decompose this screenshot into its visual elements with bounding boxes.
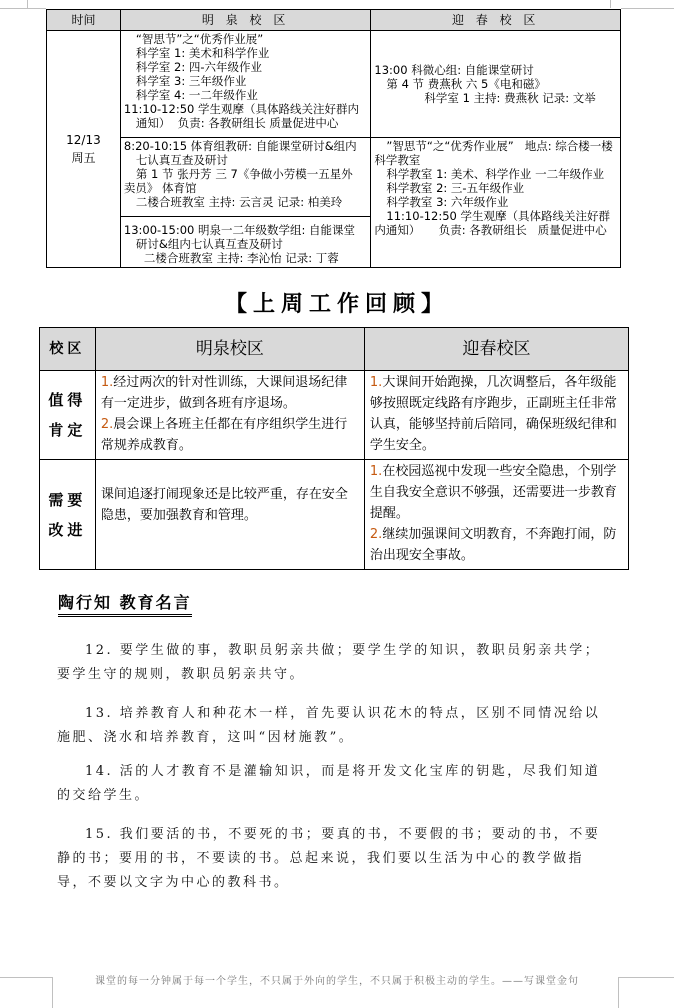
mingquan-event-2: 8:20-10:15 体育组教研: 自能课堂研讨&组内 七认真互查及研讨 第 1…: [120, 138, 371, 217]
event-line: 科学室 2: 四-六年级作业: [124, 60, 368, 74]
event-line: 第 1 节 张丹芳 三 7《争做小劳模一五星外: [124, 167, 368, 181]
yingchun-event-2: ”智思节“之“优秀作业展” 地点: 综合楼一楼科学教室 科学教室 1: 美术、科…: [371, 138, 621, 268]
mingquan-event-1: “智思节”之“优秀作业展” 科学室 1: 美术和科学作业 科学室 2: 四-六年…: [120, 31, 371, 138]
event-line: 科学室 1 主持: 费燕秋 记录: 文举: [374, 91, 617, 105]
review-item: 课间追逐打闹现象还是比较严重，存在安全隐患，要加强教育和管理。: [101, 484, 359, 526]
event-line: 8:20-10:15 体育组教研: 自能课堂研讨&组内: [124, 139, 368, 153]
quote-item: 13. 培养教育人和种花木一样，首先要认识花木的特点，区别不同情况给以施肥、浇水…: [57, 702, 612, 750]
review-row-positive: 值得 肯定 1.经过两次的针对性训练，大课间退场纪律有一定进步，做到各班有序退场…: [40, 371, 629, 460]
section-title: 【上周工作回顾】: [0, 287, 674, 318]
header-mingquan: 明 泉 校 区: [120, 10, 371, 31]
event-line: 科学教室 3: 六年级作业: [374, 195, 617, 209]
schedule-row: 8:20-10:15 体育组教研: 自能课堂研讨&组内 七认真互查及研讨 第 1…: [47, 138, 621, 217]
quotes-heading: 陶行知 教育名言: [58, 590, 192, 617]
page-footer: 课堂的每一分钟属于每一个学生，不只属于外向的学生，不只属于积极主动的学生。——写…: [0, 972, 674, 987]
event-line: 二楼合班教室 主持: 李沁怡 记录: 丁蓉: [124, 251, 368, 265]
quote-item: 12. 要学生做的事，教职员躬亲共做；要学生学的知识，教职员躬亲共学；要学生守的…: [57, 639, 612, 687]
schedule-header-row: 时间 明 泉 校 区 迎 春 校 区: [47, 10, 621, 31]
header-mingquan: 明泉校区: [95, 328, 364, 371]
quote-item: 14. 活的人才教育不是灌输知识，而是将开发文化宝库的钥匙，尽我们知道的交给学生…: [57, 760, 612, 808]
row-label: 需要 改进: [40, 460, 96, 570]
review-item: 1.经过两次的针对性训练，大课间退场纪律有一定进步，做到各班有序退场。: [101, 372, 359, 414]
review-item: 2.继续加强课间文明教育，不奔跑打闹，防治出现安全事故。: [370, 524, 623, 566]
review-item: 1.在校园巡视中发现一些安全隐患，个别学生自我安全意识不够强，还需要进一步教育提…: [370, 461, 623, 524]
review-item: 2.晨会课上各班主任都在有序组织学生进行常规养成教育。: [101, 414, 359, 456]
date: 12/13: [47, 131, 120, 149]
event-line: 科学室 3: 三年级作业: [124, 74, 368, 88]
event-line: 科学室 1: 美术和科学作业: [124, 46, 368, 60]
event-line: 11:10-12:50 学生观摩（具体路线关注好群内: [124, 102, 368, 116]
event-line: 研讨&组内七认真互查及研讨: [124, 237, 368, 251]
row-label: 值得 肯定: [40, 371, 96, 460]
header-yingchun: 迎春校区: [364, 328, 628, 371]
event-line: ”智思节“之“优秀作业展” 地点: 综合楼一楼科学教室: [374, 139, 617, 167]
schedule-row: 12/13 周五 “智思节”之“优秀作业展” 科学室 1: 美术和科学作业 科学…: [47, 31, 621, 138]
event-line: 13:00 科微心组: 自能课堂研讨: [374, 63, 617, 77]
header-yingchun: 迎 春 校 区: [371, 10, 621, 31]
event-line: 11:10-12:50 学生观摩（具体路线关注好群内通知） 负责: 各教研组长 …: [374, 209, 617, 237]
event-line: 七认真互查及研讨: [124, 153, 368, 167]
review-item: 1.大课间开始跑操，几次调整后，各年级能够按照既定线路有序跑步，正副班主任非常认…: [370, 372, 623, 456]
header-time: 时间: [47, 10, 121, 31]
crop-mark: [27, 0, 28, 8]
quote-item: 15. 我们要活的书，不要死的书；要真的书，不要假的书；要动的书，不要静的书；要…: [57, 823, 612, 895]
review-header-row: 校区 明泉校区 迎春校区: [40, 328, 629, 371]
event-line: “智思节”之“优秀作业展”: [124, 32, 368, 46]
yingchun-review: 1.大课间开始跑操，几次调整后，各年级能够按照既定线路有序跑步，正副班主任非常认…: [364, 371, 628, 460]
weekday: 周五: [47, 149, 120, 167]
yingchun-review: 1.在校园巡视中发现一些安全隐患，个别学生自我安全意识不够强，还需要进一步教育提…: [364, 460, 628, 570]
event-line: 科学教室 1: 美术、科学作业 一二年级作业: [374, 167, 617, 181]
event-line: 科学室 4: 一二年级作业: [124, 88, 368, 102]
event-line: 第 4 节 费燕秋 六 5《电和磁》: [374, 77, 617, 91]
crop-mark: [621, 8, 674, 9]
event-line: 13:00-15:00 明泉一二年级数学组: 自能课堂: [124, 223, 368, 237]
review-table: 校区 明泉校区 迎春校区 值得 肯定 1.经过两次的针对性训练，大课间退场纪律有…: [39, 327, 629, 570]
review-row-improve: 需要 改进 课间追逐打闹现象还是比较严重，存在安全隐患，要加强教育和管理。 1.…: [40, 460, 629, 570]
event-line: 卖员》 体育馆: [124, 181, 368, 195]
event-line: 科学教室 2: 三-五年级作业: [374, 181, 617, 195]
mingquan-review: 课间追逐打闹现象还是比较严重，存在安全隐患，要加强教育和管理。: [95, 460, 364, 570]
mingquan-event-3: 13:00-15:00 明泉一二年级数学组: 自能课堂 研讨&组内七认真互查及研…: [120, 217, 371, 268]
event-line: 二楼合班教室 主持: 云言灵 记录: 柏美玲: [124, 195, 368, 209]
mingquan-review: 1.经过两次的针对性训练，大课间退场纪律有一定进步，做到各班有序退场。 2.晨会…: [95, 371, 364, 460]
schedule-table: 时间 明 泉 校 区 迎 春 校 区 12/13 周五 “智思节”之“优秀作业展…: [46, 9, 621, 268]
crop-mark: [0, 8, 46, 9]
yingchun-event-1: 13:00 科微心组: 自能课堂研讨 第 4 节 费燕秋 六 5《电和磁》 科学…: [371, 31, 621, 138]
header-campus: 校区: [40, 328, 96, 371]
event-line: 通知） 负责: 各教研组长 质量促进中心: [124, 116, 368, 130]
date-cell: 12/13 周五: [47, 31, 121, 268]
crop-mark: [610, 0, 611, 8]
